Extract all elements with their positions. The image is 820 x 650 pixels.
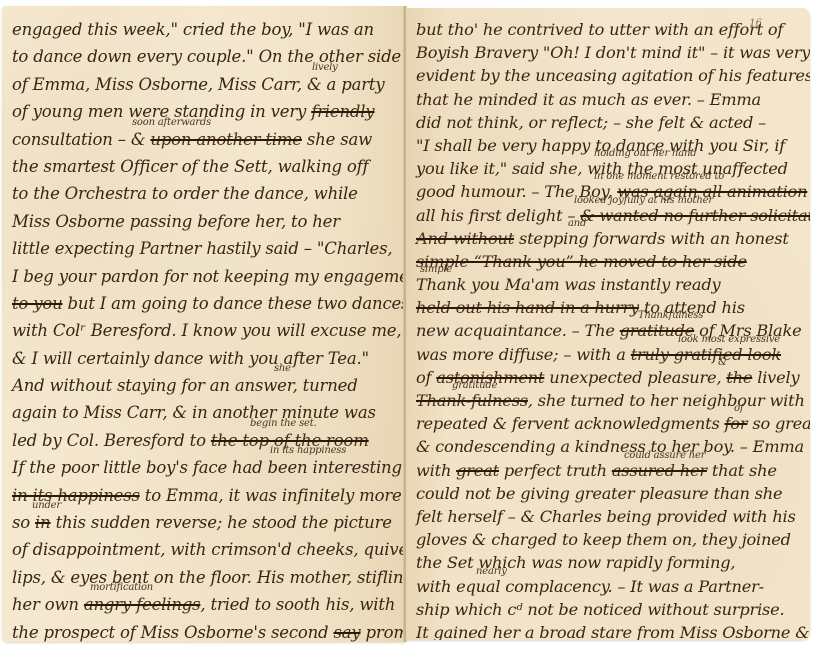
interlinear-insertion: she <box>274 363 291 375</box>
manuscript-line: evident by the unceasing agitation of hi… <box>416 64 802 87</box>
manuscript-line: to dance down every couple." On the othe… <box>12 43 397 70</box>
interlinear-insertion: simple <box>420 264 452 276</box>
struck-through-text: to you <box>12 294 63 313</box>
manuscript-line: little expecting Partner hastily said – … <box>12 235 397 262</box>
manuscript-line: Boyish Bravery "Oh! I don't mind it" – i… <box>416 41 802 64</box>
line-text: with <box>416 461 456 480</box>
struck-through-text: say <box>333 623 360 642</box>
manuscript-line: with equal complacency. – It was a Partn… <box>416 575 802 598</box>
manuscript-line: felt herself – & Charles being provided … <box>416 505 802 528</box>
interlinear-insertion: nearly <box>476 566 507 578</box>
manuscript-line: was more diffuse; – with a truly gratifi… <box>416 343 802 366</box>
manuscript-line: held out his hand in a hurry to attend h… <box>416 296 802 319</box>
line-text: the prospect of Miss Osborne's second <box>12 623 333 642</box>
interlinear-insertion: looked joyfully at his mother <box>574 195 713 207</box>
line-text: lively <box>752 368 799 387</box>
line-text: It gained her a broad stare from Miss Os… <box>416 623 810 640</box>
left-page: engaged this week," cried the boy, "I wa… <box>2 6 405 642</box>
line-text: Thank you Ma'am was <box>416 275 601 294</box>
interlinear-insertion: holding out her hand <box>594 148 697 160</box>
manuscript-line: Miss Osborne passing before her, to her <box>12 208 397 235</box>
manuscript-line: in its happiness to Emma, it was infinit… <box>12 482 397 509</box>
line-text: perfect truth <box>499 461 612 480</box>
line-text: led by Col. Beresford to <box>12 431 211 450</box>
struck-through-text: upon another time <box>150 130 301 149</box>
manuscript-line: lips, & eyes bent on the floor. His moth… <box>12 564 397 591</box>
line-text: again to Miss Carr, & in another minute … <box>12 403 376 422</box>
line-text: to dance down every couple." On the othe… <box>12 47 401 66</box>
manuscript-line: simple “Thank you” he moved to her side <box>416 250 802 273</box>
interlinear-insertion: could assure her <box>624 450 705 462</box>
line-text: And without staying for an answer, turne… <box>12 376 358 395</box>
manuscript-line: repeated & fervent acknowledgments for s… <box>416 412 802 435</box>
interlinear-insertion: mortification <box>90 582 153 594</box>
manuscript-line: of disappointment, with crimson'd cheeks… <box>12 536 397 563</box>
line-text: new acquaintance. – The <box>416 321 620 340</box>
line-text: was more diffuse; – with a <box>416 345 631 364</box>
interlinear-insertion: look most expressive <box>678 334 780 346</box>
line-text: & I will certainly dance with you after … <box>12 349 369 368</box>
right-page: 16 but tho' he contrived to utter with a… <box>406 8 810 640</box>
interlinear-insertion: gratitude <box>452 380 497 392</box>
line-text: unexpected pleasure, <box>544 368 726 387</box>
line-text: consultation – & <box>12 130 150 149</box>
manuscript-line: gloves & charged to keep them on, they j… <box>416 528 802 551</box>
line-text: could not be giving greater pleasure tha… <box>416 484 782 503</box>
struck-through-text: in <box>35 513 51 532</box>
struck-through-text: great <box>456 461 499 480</box>
manuscript-line: her own angry feelings, tried to sooth h… <box>12 591 397 618</box>
manuscript-line: the Set which was now rapidly forming, <box>416 551 802 574</box>
struck-through-text: & wanted no further solicitation <box>580 206 810 225</box>
manuscript-line: And without staying for an answer, turne… <box>12 372 397 399</box>
interlinear-insertion: & <box>718 357 727 369</box>
interlinear-insertion: and <box>568 218 586 230</box>
line-text: , she turned to her neighbour with <box>528 391 805 410</box>
struck-through-text: angry feelings <box>84 595 201 614</box>
line-text: Miss Osborne passing before her, to her <box>12 212 340 231</box>
interlinear-insertion: Thankfulness <box>638 310 703 322</box>
line-text: the Set which was now rapidly forming, <box>416 553 735 572</box>
line-text: but tho' he contrived to utter with an e… <box>416 20 783 39</box>
line-text: engaged this week," cried the boy, "I wa… <box>12 20 374 39</box>
interlinear-insertion: lively <box>312 62 338 74</box>
interlinear-insertion: under <box>32 500 61 512</box>
manuscript-line: the smartest Officer of the Sett, walkin… <box>12 153 397 180</box>
line-text: evident by the unceasing agitation of hi… <box>416 66 810 85</box>
struck-through-text: simple “Thank you” he moved to her side <box>416 252 747 271</box>
manuscript-line: If the poor little boy's face had been i… <box>12 454 397 481</box>
interlinear-insertion: soon afterwards <box>132 117 211 129</box>
line-text: with Colʳ Beresford. I know you will exc… <box>12 321 401 340</box>
line-text: lips, & eyes bent on the floor. His moth… <box>12 568 405 587</box>
line-text: did not think, or reflect; – she felt & … <box>416 113 766 132</box>
manuscript-line: of Emma, Miss Osborne, Miss Carr, & a pa… <box>12 71 397 98</box>
struck-through-text: And without <box>416 229 514 248</box>
line-text: that she <box>707 461 777 480</box>
right-page-text: but tho' he contrived to utter with an e… <box>416 18 802 640</box>
line-text: her own <box>12 595 84 614</box>
struck-through-text: the <box>726 368 752 387</box>
line-text: of <box>416 368 436 387</box>
struck-through-text: for <box>725 414 748 433</box>
interlinear-insertion: begin the set. <box>250 418 317 430</box>
line-text: with equal complacency. – It was a Partn… <box>416 577 764 596</box>
line-text: but I am going to dance these two dances <box>63 294 406 313</box>
manuscript-line: that he minded it as much as ever. – Emm… <box>416 88 802 111</box>
interlinear-insertion: of <box>734 403 743 415</box>
manuscript-line: but tho' he contrived to utter with an e… <box>416 18 802 41</box>
manuscript-line: & I will certainly dance with you after … <box>12 345 397 372</box>
struck-through-text: held out his hand in a hurry <box>416 298 639 317</box>
line-text: felt herself – & Charles being provided … <box>416 507 796 526</box>
line-text: Boyish Bravery "Oh! I don't mind it" – i… <box>416 43 810 62</box>
line-text: ship which cᵈ not be noticed without sur… <box>416 600 784 619</box>
manuscript-line: did not think, or reflect; – she felt & … <box>416 111 802 134</box>
interlinear-insertion: in its happiness <box>270 445 346 457</box>
manuscript-line: Thank-fulness, she turned to her neighbo… <box>416 389 802 412</box>
line-text: so <box>12 513 35 532</box>
line-text: I beg your pardon for not keeping my eng… <box>12 267 405 286</box>
manuscript-line: could not be giving greater pleasure tha… <box>416 482 802 505</box>
line-text: of Emma, Miss Osborne, Miss Carr, & a pa… <box>12 75 384 94</box>
line-text: gloves & charged to keep them on, they j… <box>416 530 791 549</box>
struck-through-text: friendly <box>311 102 374 121</box>
manuscript-line: again to Miss Carr, & in another minute … <box>12 399 397 426</box>
manuscript-line: consultation – & upon another time she s… <box>12 126 397 153</box>
line-text: of disappointment, with crimson'd cheeks… <box>12 540 405 559</box>
line-text: she saw <box>302 130 372 149</box>
manuscript-line: & condescending a kindness to her boy. –… <box>416 435 802 458</box>
manuscript-line: so in this sudden reverse; he stood the … <box>12 509 397 536</box>
line-text: all his first delight – <box>416 206 580 225</box>
manuscript-line: all his first delight – & wanted no furt… <box>416 204 802 227</box>
line-text: that he minded it as much as ever. – Emm… <box>416 90 761 109</box>
line-text: & condescending a kindness to her boy. –… <box>416 437 804 456</box>
line-text: the smartest Officer of the Sett, walkin… <box>12 157 368 176</box>
line-text: to Emma, it was infinitely more <box>140 486 402 505</box>
struck-through-text: assured her <box>612 461 707 480</box>
manuscript-line: And without stepping forwards with an ho… <box>416 227 802 250</box>
manuscript-line: to the Orchestra to order the dance, whi… <box>12 180 397 207</box>
line-text: to the Orchestra to order the dance, whi… <box>12 184 358 203</box>
line-text: this sudden reverse; he stood the pictur… <box>51 513 392 532</box>
manuscript-line: the prospect of Miss Osborne's second sa… <box>12 619 397 642</box>
manuscript-line: Thank you Ma'am was instantly readysimpl… <box>416 273 802 296</box>
line-text: little expecting Partner hastily said – … <box>12 239 392 258</box>
manuscript-line: It gained her a broad stare from Miss Os… <box>416 621 802 640</box>
manuscript-line: to you but I am going to dance these two… <box>12 290 397 317</box>
line-text: repeated & fervent acknowledgments <box>416 414 725 433</box>
manuscript-line: engaged this week," cried the boy, "I wa… <box>12 16 397 43</box>
manuscript-line: with Colʳ Beresford. I know you will exc… <box>12 317 397 344</box>
line-text: promise; <box>361 623 406 642</box>
manuscript-spread: engaged this week," cried the boy, "I wa… <box>0 0 820 650</box>
struck-through-text: truly gratified look <box>631 345 781 364</box>
line-text: stepping forwards with an honest <box>514 229 789 248</box>
interlinear-insertion: in one moment restored to <box>594 171 724 183</box>
line-text: If the poor little boy's face had been i… <box>12 458 402 477</box>
line-text: , tried to sooth his, with <box>200 595 395 614</box>
struck-through-text: Thank-fulness <box>416 391 528 410</box>
manuscript-line: with great perfect truth assured her tha… <box>416 459 802 482</box>
manuscript-line: ship which cᵈ not be noticed without sur… <box>416 598 802 621</box>
line-text: so great <box>747 414 810 433</box>
manuscript-line: I beg your pardon for not keeping my eng… <box>12 263 397 290</box>
line-text: instantly ready <box>601 275 721 294</box>
left-page-text: engaged this week," cried the boy, "I wa… <box>12 16 397 642</box>
